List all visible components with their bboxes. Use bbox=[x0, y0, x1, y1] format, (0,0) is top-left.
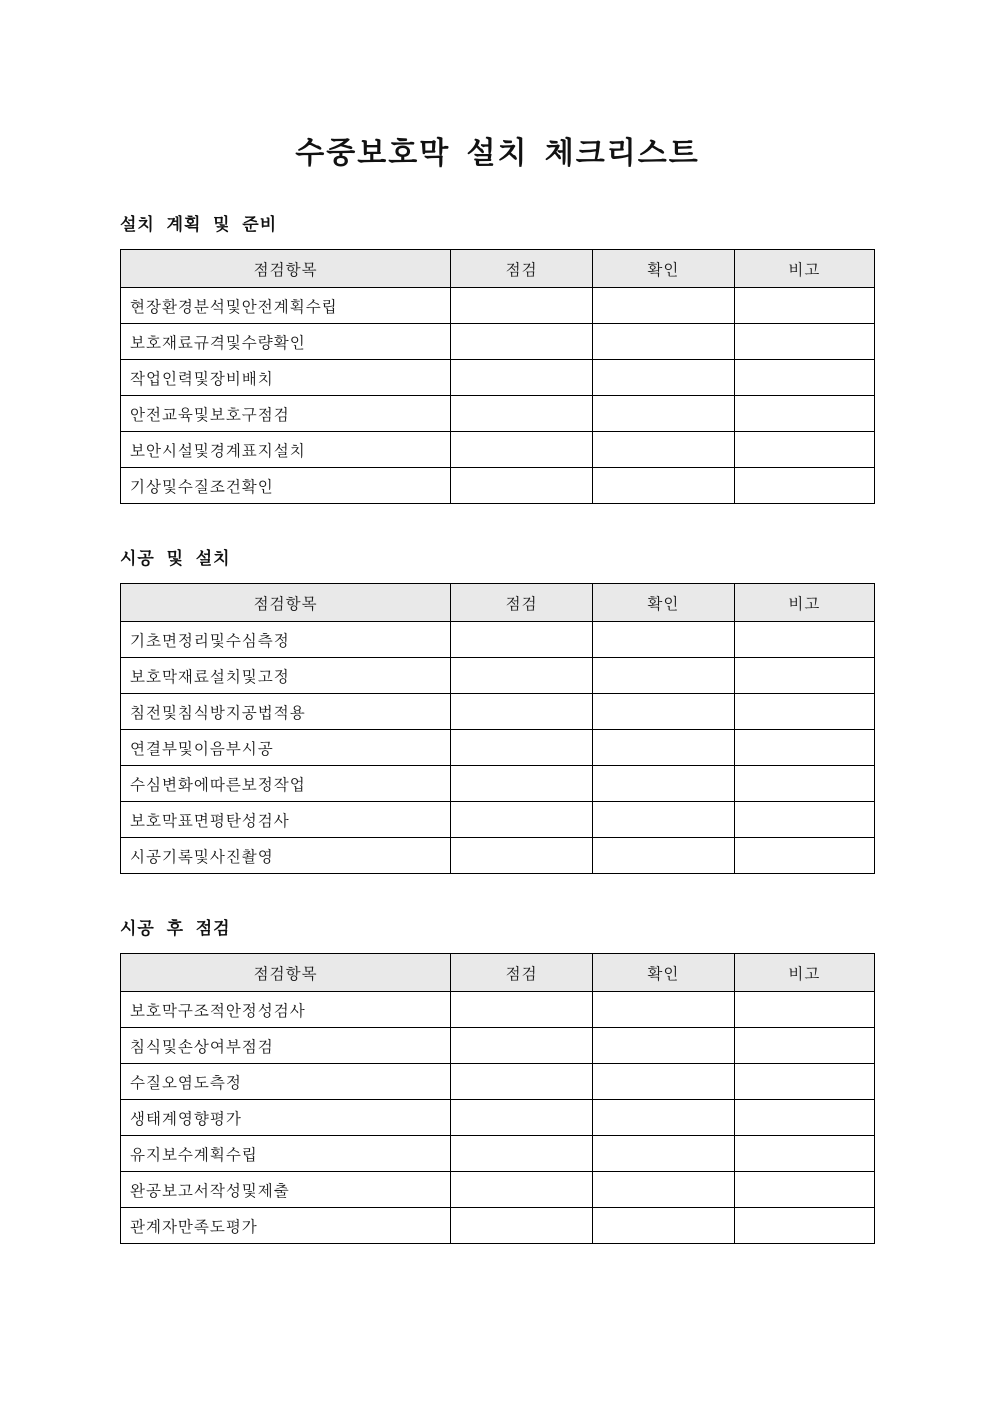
item-cell: 수심변화에따른보정작업 bbox=[121, 766, 451, 802]
check-cell bbox=[451, 432, 593, 468]
column-header-confirm: 확인 bbox=[593, 954, 735, 992]
table-row: 침전및침식방지공법적용 bbox=[121, 694, 875, 730]
remarks-cell bbox=[734, 730, 874, 766]
checklist-table: 점검항목 점검 확인 비고 보호막구조적안정성검사침식및손상여부점검수질오염도측… bbox=[120, 953, 875, 1244]
confirm-cell bbox=[593, 1172, 735, 1208]
confirm-cell bbox=[593, 396, 735, 432]
column-header-confirm: 확인 bbox=[593, 250, 735, 288]
item-cell: 기초면정리및수심측정 bbox=[121, 622, 451, 658]
remarks-cell bbox=[734, 1064, 874, 1100]
check-cell bbox=[451, 694, 593, 730]
remarks-cell bbox=[734, 288, 874, 324]
remarks-cell bbox=[734, 694, 874, 730]
item-cell: 기상및수질조건확인 bbox=[121, 468, 451, 504]
remarks-cell bbox=[734, 838, 874, 874]
column-header-check: 점검 bbox=[451, 954, 593, 992]
confirm-cell bbox=[593, 432, 735, 468]
check-cell bbox=[451, 1208, 593, 1244]
table-row: 기상및수질조건확인 bbox=[121, 468, 875, 504]
column-header-remarks: 비고 bbox=[734, 250, 874, 288]
table-row: 수심변화에따른보정작업 bbox=[121, 766, 875, 802]
remarks-cell bbox=[734, 1172, 874, 1208]
remarks-cell bbox=[734, 1136, 874, 1172]
item-cell: 보호막재료설치및고정 bbox=[121, 658, 451, 694]
checklist-table: 점검항목 점검 확인 비고 기초면정리및수심측정보호막재료설치및고정침전및침식방… bbox=[120, 583, 875, 874]
remarks-cell bbox=[734, 432, 874, 468]
remarks-cell bbox=[734, 992, 874, 1028]
check-cell bbox=[451, 622, 593, 658]
remarks-cell bbox=[734, 802, 874, 838]
check-cell bbox=[451, 288, 593, 324]
remarks-cell bbox=[734, 360, 874, 396]
confirm-cell bbox=[593, 1136, 735, 1172]
check-cell bbox=[451, 1064, 593, 1100]
item-cell: 현장환경분석및안전계획수립 bbox=[121, 288, 451, 324]
item-cell: 보안시설및경계표지설치 bbox=[121, 432, 451, 468]
table-row: 보안시설및경계표지설치 bbox=[121, 432, 875, 468]
confirm-cell bbox=[593, 838, 735, 874]
item-cell: 침전및침식방지공법적용 bbox=[121, 694, 451, 730]
check-cell bbox=[451, 324, 593, 360]
table-header-row: 점검항목 점검 확인 비고 bbox=[121, 250, 875, 288]
confirm-cell bbox=[593, 1028, 735, 1064]
item-cell: 유지보수계획수립 bbox=[121, 1136, 451, 1172]
table-row: 완공보고서작성및제출 bbox=[121, 1172, 875, 1208]
confirm-cell bbox=[593, 658, 735, 694]
table-row: 보호재료규격및수량확인 bbox=[121, 324, 875, 360]
remarks-cell bbox=[734, 396, 874, 432]
section-installation-planning: 설치 계획 및 준비 점검항목 점검 확인 비고 현장환경분석및안전계획수립보호… bbox=[120, 214, 875, 504]
section-heading-construction-installation: 시공 및 설치 bbox=[120, 548, 875, 570]
item-cell: 생태계영향평가 bbox=[121, 1100, 451, 1136]
item-cell: 보호재료규격및수량확인 bbox=[121, 324, 451, 360]
column-header-confirm: 확인 bbox=[593, 584, 735, 622]
remarks-cell bbox=[734, 658, 874, 694]
table-header-row: 점검항목 점검 확인 비고 bbox=[121, 584, 875, 622]
confirm-cell bbox=[593, 992, 735, 1028]
confirm-cell bbox=[593, 1064, 735, 1100]
item-cell: 보호막구조적안정성검사 bbox=[121, 992, 451, 1028]
check-cell bbox=[451, 802, 593, 838]
confirm-cell bbox=[593, 694, 735, 730]
remarks-cell bbox=[734, 1100, 874, 1136]
check-cell bbox=[451, 838, 593, 874]
table-row: 보호막표면평탄성검사 bbox=[121, 802, 875, 838]
remarks-cell bbox=[734, 1208, 874, 1244]
table-row: 유지보수계획수립 bbox=[121, 1136, 875, 1172]
item-cell: 작업인력및장비배치 bbox=[121, 360, 451, 396]
confirm-cell bbox=[593, 324, 735, 360]
item-cell: 완공보고서작성및제출 bbox=[121, 1172, 451, 1208]
checklist-table: 점검항목 점검 확인 비고 현장환경분석및안전계획수립보호재료규격및수량확인작업… bbox=[120, 249, 875, 504]
item-cell: 침식및손상여부점검 bbox=[121, 1028, 451, 1064]
check-cell bbox=[451, 766, 593, 802]
confirm-cell bbox=[593, 288, 735, 324]
confirm-cell bbox=[593, 802, 735, 838]
section-heading-post-construction-inspection: 시공 후 점검 bbox=[120, 918, 875, 940]
remarks-cell bbox=[734, 1028, 874, 1064]
table-row: 현장환경분석및안전계획수립 bbox=[121, 288, 875, 324]
remarks-cell bbox=[734, 324, 874, 360]
table-row: 작업인력및장비배치 bbox=[121, 360, 875, 396]
table-row: 침식및손상여부점검 bbox=[121, 1028, 875, 1064]
column-header-item: 점검항목 bbox=[121, 584, 451, 622]
item-cell: 보호막표면평탄성검사 bbox=[121, 802, 451, 838]
table-row: 보호막구조적안정성검사 bbox=[121, 992, 875, 1028]
column-header-check: 점검 bbox=[451, 584, 593, 622]
column-header-item: 점검항목 bbox=[121, 954, 451, 992]
section-construction-installation: 시공 및 설치 점검항목 점검 확인 비고 기초면정리및수심측정보호막재료설치및… bbox=[120, 548, 875, 874]
column-header-check: 점검 bbox=[451, 250, 593, 288]
section-heading-installation-planning: 설치 계획 및 준비 bbox=[120, 214, 875, 236]
check-cell bbox=[451, 1172, 593, 1208]
check-cell bbox=[451, 1028, 593, 1064]
check-cell bbox=[451, 992, 593, 1028]
table-row: 관계자만족도평가 bbox=[121, 1208, 875, 1244]
remarks-cell bbox=[734, 622, 874, 658]
check-cell bbox=[451, 396, 593, 432]
check-cell bbox=[451, 1100, 593, 1136]
confirm-cell bbox=[593, 1208, 735, 1244]
confirm-cell bbox=[593, 766, 735, 802]
table-row: 안전교육및보호구점검 bbox=[121, 396, 875, 432]
document-page: 수중보호막 설치 체크리스트 설치 계획 및 준비 점검항목 점검 확인 비고 … bbox=[0, 0, 992, 1403]
column-header-item: 점검항목 bbox=[121, 250, 451, 288]
table-row: 연결부및이음부시공 bbox=[121, 730, 875, 766]
item-cell: 수질오염도측정 bbox=[121, 1064, 451, 1100]
confirm-cell bbox=[593, 622, 735, 658]
confirm-cell bbox=[593, 1100, 735, 1136]
table-row: 기초면정리및수심측정 bbox=[121, 622, 875, 658]
column-header-remarks: 비고 bbox=[734, 584, 874, 622]
table-row: 생태계영향평가 bbox=[121, 1100, 875, 1136]
check-cell bbox=[451, 1136, 593, 1172]
item-cell: 연결부및이음부시공 bbox=[121, 730, 451, 766]
check-cell bbox=[451, 658, 593, 694]
item-cell: 시공기록및사진촬영 bbox=[121, 838, 451, 874]
page-title: 수중보호막 설치 체크리스트 bbox=[120, 136, 875, 172]
confirm-cell bbox=[593, 468, 735, 504]
table-row: 시공기록및사진촬영 bbox=[121, 838, 875, 874]
column-header-remarks: 비고 bbox=[734, 954, 874, 992]
section-post-construction-inspection: 시공 후 점검 점검항목 점검 확인 비고 보호막구조적안정성검사침식및손상여부… bbox=[120, 918, 875, 1244]
check-cell bbox=[451, 730, 593, 766]
check-cell bbox=[451, 360, 593, 396]
remarks-cell bbox=[734, 468, 874, 504]
confirm-cell bbox=[593, 730, 735, 766]
table-row: 수질오염도측정 bbox=[121, 1064, 875, 1100]
item-cell: 관계자만족도평가 bbox=[121, 1208, 451, 1244]
table-row: 보호막재료설치및고정 bbox=[121, 658, 875, 694]
item-cell: 안전교육및보호구점검 bbox=[121, 396, 451, 432]
table-header-row: 점검항목 점검 확인 비고 bbox=[121, 954, 875, 992]
confirm-cell bbox=[593, 360, 735, 396]
remarks-cell bbox=[734, 766, 874, 802]
check-cell bbox=[451, 468, 593, 504]
